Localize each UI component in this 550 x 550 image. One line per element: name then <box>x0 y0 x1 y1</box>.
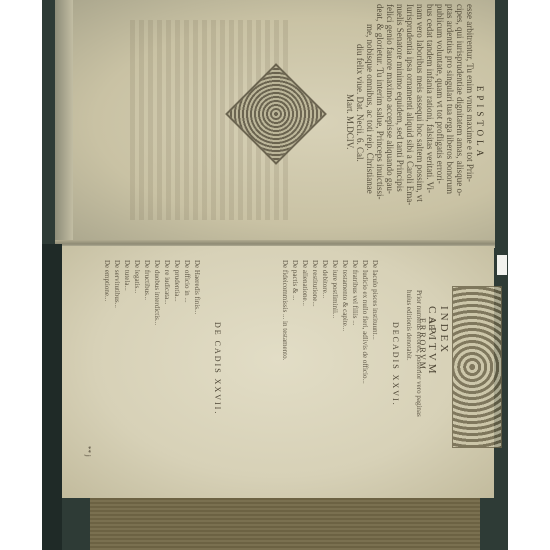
list-item: De servitutibus... <box>112 260 122 325</box>
list-item: De fructibus... <box>142 260 152 325</box>
section-heading-xxvii: DE CADIS XXVII. <box>213 322 222 415</box>
list-item: De emptione... <box>102 260 112 325</box>
bottom-page: INDEX CAPITVM SEV ERRORVM. Prior numerus… <box>62 246 494 498</box>
book-photo: EPISTOLA esse arbitrentur, Tu enim vnus … <box>42 0 508 550</box>
headpiece-ornament-icon <box>452 286 502 448</box>
list-item: De testamento & capite... <box>340 260 350 384</box>
section2-entries: De Haeredis finis... De officio in ... D… <box>102 260 202 325</box>
list-item: De officio in ... <box>182 260 192 325</box>
text-line: publicum voluntate, quam vt tot profliga… <box>435 4 445 242</box>
list-item: De fratribus vel filiis ... <box>350 260 360 384</box>
text-line: cipes, qui iurisprudentiae dignitatem am… <box>455 4 465 242</box>
list-item: De legatis... <box>132 260 142 325</box>
index-note: Prior numerus errores, posterior vero pa… <box>404 290 424 417</box>
list-item: De re iudicata... <box>162 260 172 325</box>
list-item: De debitore... <box>320 260 330 384</box>
list-item: De iure postliminii... <box>330 260 340 384</box>
epistola-text-block: EPISTOLA esse arbitrentur, Tu enim vnus … <box>325 4 485 242</box>
paper-tab <box>497 255 507 275</box>
top-page: EPISTOLA esse arbitrentur, Tu enim vnus … <box>55 0 495 244</box>
page-edge-shadow <box>55 0 73 244</box>
section-heading-xxvi: DECADIS XXVI. <box>391 322 400 407</box>
section1-entries: De Iaculo pisces instituunt... De Iudici… <box>280 260 380 384</box>
text-line: bus cedat tandem infania rationi, falsit… <box>425 4 435 242</box>
text-line: ptas ardentius pro singulari tua erga li… <box>445 4 455 242</box>
list-item: De restitutione... <box>310 260 320 384</box>
list-item: De Iaculo pisces instituunt... <box>370 260 380 384</box>
list-item: De tutela... <box>122 260 132 325</box>
page-block-edge <box>90 498 480 550</box>
text-line: nam vero laboribus meis assequi hoc salt… <box>415 4 425 242</box>
text-line: deat, & glorietur. Tu interim salue, Pri… <box>375 4 385 242</box>
list-item: De fideicommissis ... in testamento. <box>280 260 290 384</box>
running-head: EPISTOLA <box>475 4 485 242</box>
background-surface <box>42 244 62 550</box>
list-item: De alienatione... <box>300 260 310 384</box>
text-line: nuelis Senatore minimo equidem, sed tant… <box>395 4 405 242</box>
list-item: De Haeredis finis... <box>192 260 202 325</box>
closing-line: Mart. M.DCIV. <box>345 4 355 242</box>
text-line: esse arbitrentur, Tu enim vnus maxime e … <box>465 4 475 242</box>
text-line: Iurisprudentia ipsa ornamenti aliquid si… <box>405 4 415 242</box>
list-item: De pactis & ... <box>290 260 300 384</box>
text-line: felici genio fauore maximo accepisse ali… <box>385 4 395 242</box>
text-line: diu felix viue. Dat. Necii. 6. Cal. <box>355 4 365 242</box>
signature-mark: ** j <box>84 446 92 457</box>
list-item: De Iudicio ex nullo fieri, adlivis de of… <box>360 260 370 384</box>
list-item: De duobus interdictis... <box>152 260 162 325</box>
text-line: me, nobisque omnibus, ac toti reip. Chri… <box>365 4 375 242</box>
list-item: De prudentia... <box>172 260 182 325</box>
